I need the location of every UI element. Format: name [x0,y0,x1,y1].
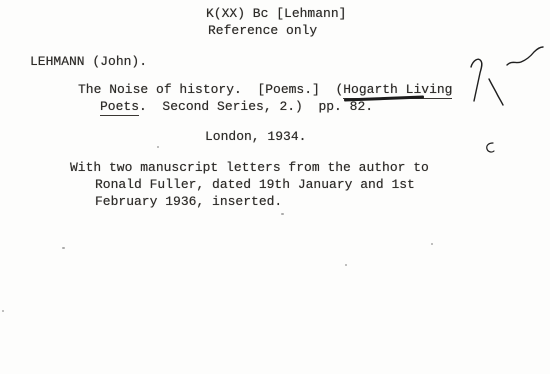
series-info: . Second Series, 2.) [139,99,318,114]
scan-noise-dot [62,247,65,249]
page-count: 82. [350,99,373,114]
diagonal-stroke [489,79,503,105]
scan-noise-dot [2,310,4,312]
pagination-label: pp. [318,99,349,114]
imprint: London, 1934. [205,129,306,144]
reference-note: Reference only [208,23,317,38]
title-line-2: Poets. Second Series, 2.) pp. 82. [100,99,373,114]
small-c-mark [487,143,494,152]
classmark: K(XX) Bc [Lehmann] [206,6,346,21]
author-heading: LEHMANN (John). [30,54,147,69]
note-line-2: Ronald Fuller, dated 19th January and 1s… [95,177,415,192]
curved-check-stroke [471,59,482,101]
scan-noise-dot [345,264,347,266]
series-title-underlined: Poets [100,99,139,116]
title-line-1: The Noise of history. [Poems.] (Hogarth … [78,82,452,97]
note-line-1: With two manuscript letters from the aut… [70,160,429,175]
scan-noise-dot [281,213,284,215]
scan-noise-dot [431,243,433,245]
note-line-3: February 1936, inserted. [95,194,282,209]
title-text: The Noise of history. [Poems.] ( [78,82,343,97]
scan-noise-dot [157,146,159,148]
catalog-card-scan: K(XX) Bc [Lehmann] Reference only LEHMAN… [0,0,550,374]
wavy-stroke-top-right [507,47,543,65]
